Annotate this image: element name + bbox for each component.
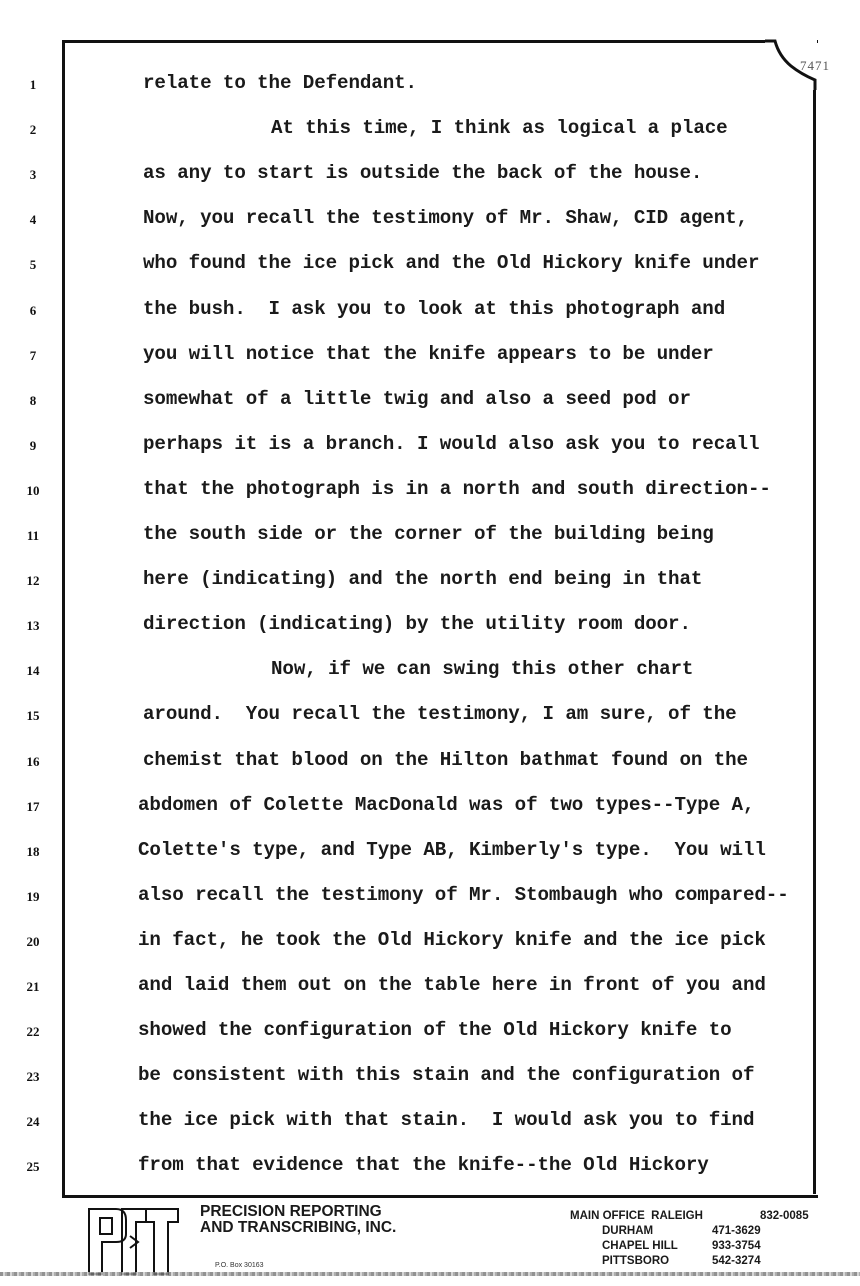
line-number: 5: [18, 257, 48, 273]
transcript-line: from that evidence that the knife--the O…: [138, 1154, 709, 1176]
transcript-line: Now, if we can swing this other chart: [271, 658, 693, 680]
line-number: 13: [18, 618, 48, 634]
transcript-line: perhaps it is a branch. I would also ask…: [143, 433, 759, 455]
office-city: DURHAM: [570, 1224, 712, 1239]
line-number: 20: [18, 934, 48, 950]
transcript-line: the south side or the corner of the buil…: [143, 523, 714, 545]
line-number: 10: [18, 483, 48, 499]
line-number: 3: [18, 167, 48, 183]
transcript-line: and laid them out on the table here in f…: [138, 974, 766, 996]
transcript-line: as any to start is outside the back of t…: [143, 162, 702, 184]
transcript-line: Colette's type, and Type AB, Kimberly's …: [138, 839, 766, 861]
office-phone: 933-3754: [712, 1239, 761, 1254]
line-number: 17: [18, 799, 48, 815]
line-number: 2: [18, 122, 48, 138]
line-number: 11: [18, 528, 48, 544]
office-city: MAIN OFFICE RALEIGH: [570, 1209, 760, 1224]
transcript-line: here (indicating) and the north end bein…: [143, 568, 702, 590]
line-number: 6: [18, 303, 48, 319]
company-name-line1: PRECISION REPORTING: [200, 1204, 396, 1220]
office-main: MAIN OFFICE RALEIGH 832-0085: [570, 1209, 809, 1224]
office-city: CHAPEL HILL: [570, 1239, 712, 1254]
page-number: 7471: [800, 58, 830, 74]
transcript-line: chemist that blood on the Hilton bathmat…: [143, 749, 748, 771]
line-number: 16: [18, 754, 48, 770]
transcript-line: be consistent with this stain and the co…: [138, 1064, 754, 1086]
office-chapel-hill: CHAPEL HILL 933-3754: [570, 1239, 809, 1254]
transcript-line: At this time, I think as logical a place: [271, 117, 728, 139]
company-name: PRECISION REPORTING AND TRANSCRIBING, IN…: [200, 1204, 396, 1236]
po-box: P.O. Box 30163: [215, 1262, 264, 1269]
line-number: 12: [18, 573, 48, 589]
transcript-line: Now, you recall the testimony of Mr. Sha…: [143, 207, 748, 229]
transcript-line: around. You recall the testimony, I am s…: [143, 703, 737, 725]
transcript-line: the bush. I ask you to look at this phot…: [143, 298, 725, 320]
transcript-page-border-right: [813, 86, 816, 1194]
line-number: 15: [18, 708, 48, 724]
transcript-line: direction (indicating) by the utility ro…: [143, 613, 691, 635]
line-number: 7: [18, 348, 48, 364]
transcript-line: abdomen of Colette MacDonald was of two …: [138, 794, 754, 816]
line-number: 18: [18, 844, 48, 860]
line-number: 23: [18, 1069, 48, 1085]
office-durham: DURHAM 471-3629: [570, 1224, 809, 1239]
transcript-line: also recall the testimony of Mr. Stombau…: [138, 884, 789, 906]
office-phone: 471-3629: [712, 1224, 761, 1239]
transcript-line: in fact, he took the Old Hickory knife a…: [138, 929, 766, 951]
transcript-line: that the photograph is in a north and so…: [143, 478, 771, 500]
transcript-line: you will notice that the knife appears t…: [143, 343, 714, 365]
office-phone: 542-3274: [712, 1254, 761, 1269]
transcript-line: who found the ice pick and the Old Hicko…: [143, 252, 759, 274]
line-number: 25: [18, 1159, 48, 1175]
office-pittsboro: PITTSBORO 542-3274: [570, 1254, 809, 1269]
company-name-line2: AND TRANSCRIBING, INC.: [200, 1220, 396, 1236]
line-number: 1: [18, 77, 48, 93]
company-logo: [86, 1206, 181, 1276]
office-phone: 832-0085: [760, 1209, 809, 1224]
office-city: PITTSBORO: [570, 1254, 712, 1269]
line-number: 9: [18, 438, 48, 454]
line-number: 4: [18, 212, 48, 228]
line-number: 24: [18, 1114, 48, 1130]
line-number: 22: [18, 1024, 48, 1040]
transcript-line: showed the configuration of the Old Hick…: [138, 1019, 732, 1041]
line-number: 19: [18, 889, 48, 905]
transcript-line: the ice pick with that stain. I would as…: [138, 1109, 754, 1131]
line-number: 14: [18, 663, 48, 679]
line-number: 21: [18, 979, 48, 995]
transcript-line: relate to the Defendant.: [143, 72, 417, 94]
office-list: MAIN OFFICE RALEIGH 832-0085 DURHAM 471-…: [570, 1209, 809, 1269]
line-number: 8: [18, 393, 48, 409]
transcript-line: somewhat of a little twig and also a see…: [143, 388, 691, 410]
scan-artifact: [0, 1272, 860, 1276]
